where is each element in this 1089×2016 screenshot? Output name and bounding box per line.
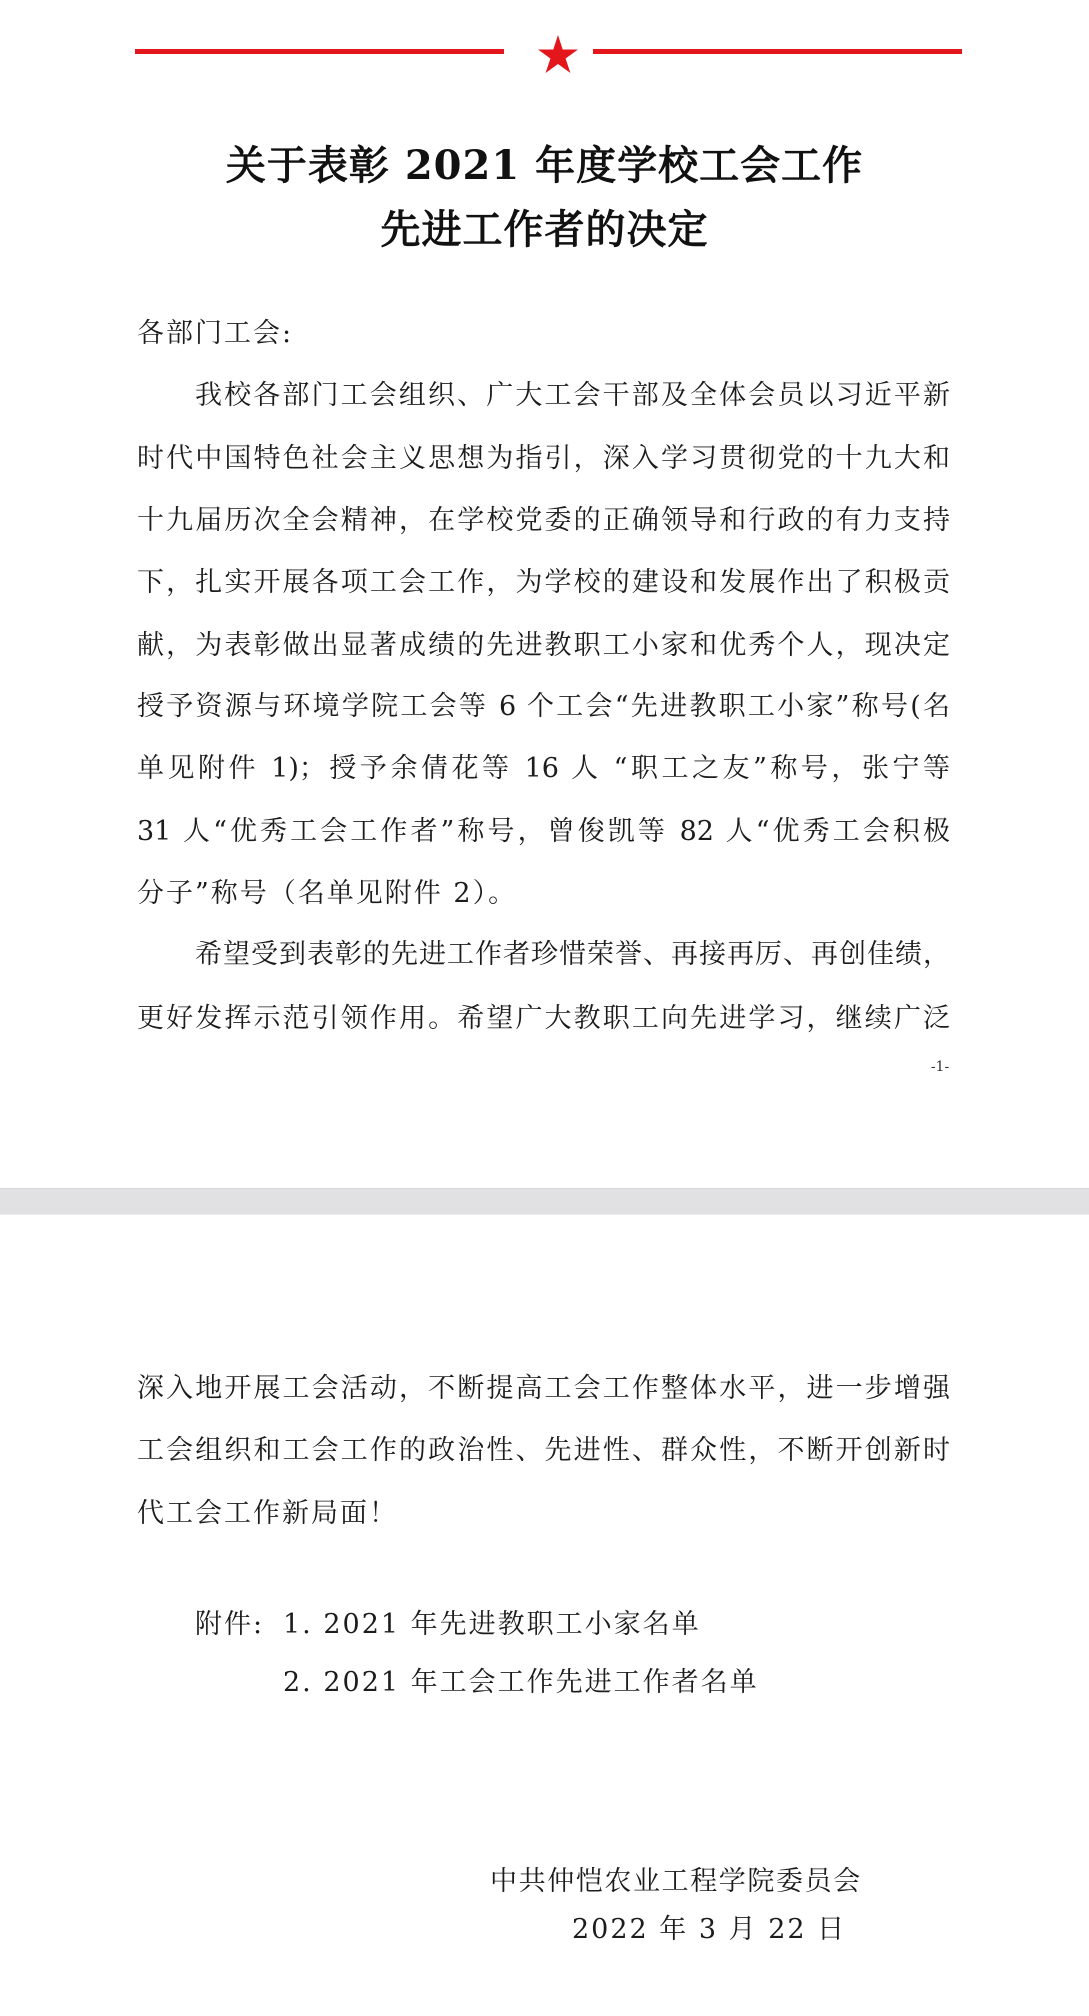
body-line: 分子”称号（名单见附件 2）。 — [137, 874, 950, 914]
page-number: -1- — [920, 1057, 960, 1077]
body-line: 深入地开展工会活动，不断提高工会工作整体水平，进一步增强 — [137, 1369, 950, 1409]
body-line: 单见附件 1)；授予余倩花等 16 人 “职工之友”称号，张宁等 — [137, 749, 950, 789]
body-line: 更好发挥示范引领作用。希望广大教职工向先进学习，继续广泛 — [137, 999, 950, 1039]
header-rule-right — [593, 49, 962, 54]
page-separator — [0, 1188, 1089, 1215]
attachment-item: 1. 2021 年先进教职工小家名单 — [283, 1605, 701, 1645]
body-line: 31 人“优秀工会工作者”称号，曾俊凯等 82 人“优秀工会积极 — [137, 812, 950, 852]
body-line: 我校各部门工会组织、广大工会干部及全体会员以习近平新 — [195, 376, 950, 416]
body-line: 工会组织和工会工作的政治性、先进性、群众性，不断开创新时 — [137, 1431, 950, 1471]
body-line: 代工会工作新局面！ — [137, 1494, 950, 1534]
attachment-item: 2. 2021 年工会工作先进工作者名单 — [283, 1663, 759, 1703]
attachments-label: 附件: — [195, 1605, 264, 1645]
body-line: 时代中国特色社会主义思想为指引，深入学习贯彻党的十九大和 — [137, 439, 950, 479]
body-line: 献，为表彰做出显著成绩的先进教职工小家和优秀个人，现决定 — [137, 626, 950, 666]
document-title-line-1: 关于表彰 2021 年度学校工会工作 — [0, 142, 1089, 190]
red-star-icon — [538, 35, 578, 73]
signature-organization: 中共仲恺农业工程学院委员会 — [490, 1862, 862, 1902]
body-line: 十九届历次全会精神，在学校党委的正确领导和行政的有力支持 — [137, 501, 950, 541]
header-rule-left — [135, 49, 504, 54]
salutation: 各部门工会: — [137, 314, 950, 354]
document-title-line-2: 先进工作者的决定 — [0, 206, 1089, 254]
body-line: 希望受到表彰的先进工作者珍惜荣誉、再接再厉、再创佳绩， — [195, 935, 950, 975]
signature-date: 2022 年 3 月 22 日 — [572, 1910, 846, 1950]
body-line: 下，扎实开展各项工会工作，为学校的建设和发展作出了积极贡 — [137, 563, 950, 603]
body-line: 授予资源与环境学院工会等 6 个工会“先进教职工小家”称号(名 — [137, 687, 950, 727]
